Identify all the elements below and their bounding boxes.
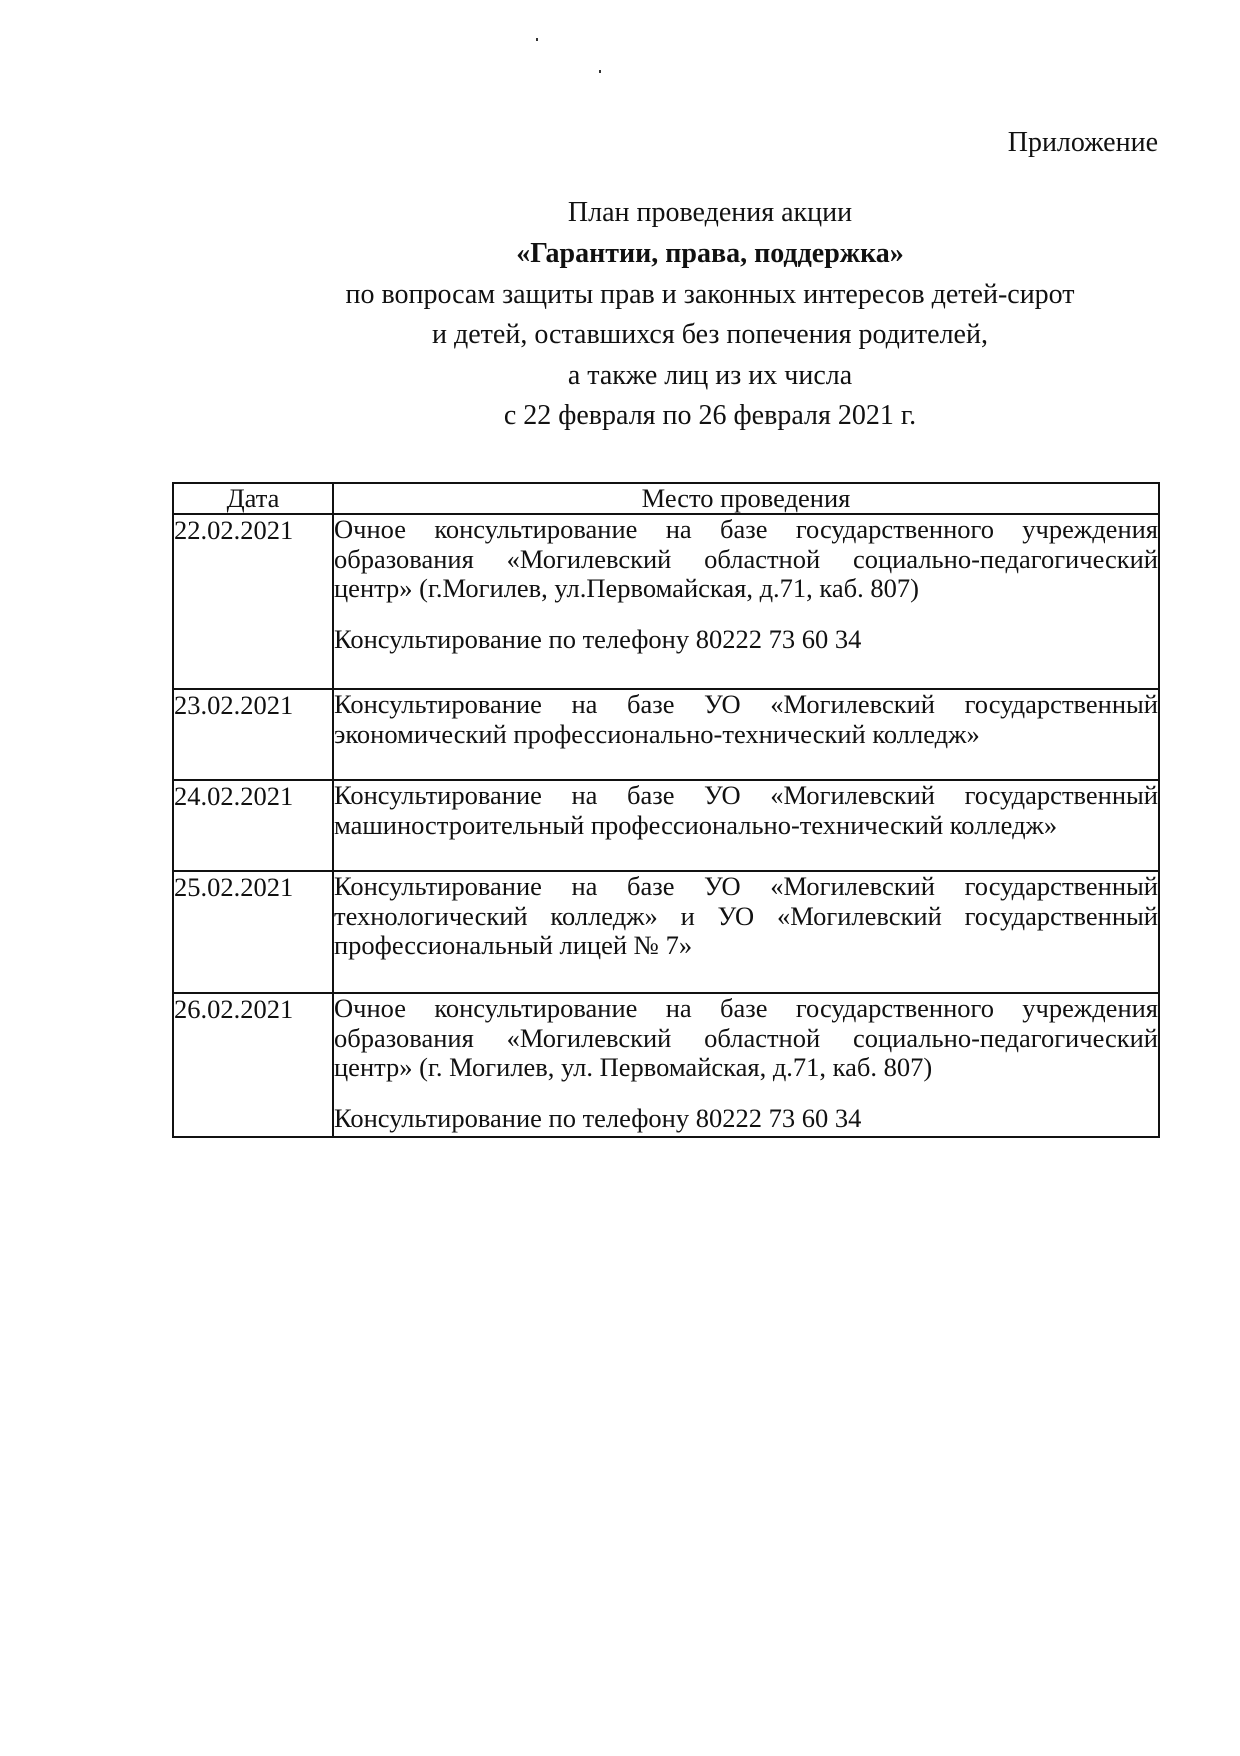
place-text: Консультирование на базе УО «Могилевский… — [334, 781, 1158, 840]
table-row: 22.02.2021 Очное консультирование на баз… — [173, 514, 1159, 689]
place-text: Очное консультирование на базе государст… — [334, 515, 1158, 604]
phone-consultation-text: Консультирование по телефону 80222 73 60… — [334, 1104, 1158, 1134]
document-title: План проведения акции «Гарантии, права, … — [280, 192, 1140, 437]
scan-speck — [599, 70, 601, 73]
title-line: а также лиц из их числа — [280, 356, 1140, 397]
place-cell: Очное консультирование на базе государст… — [333, 514, 1159, 689]
phone-consultation-text: Консультирование по телефону 80222 73 60… — [334, 625, 1158, 655]
schedule-table: Дата Место проведения 22.02.2021 Очное к… — [172, 482, 1160, 1138]
column-header-place: Место проведения — [333, 483, 1159, 514]
date-cell: 22.02.2021 — [173, 514, 333, 689]
place-text: Консультирование на базе УО «Могилевский… — [334, 872, 1158, 961]
place-text: Консультирование на базе УО «Могилевский… — [334, 690, 1158, 749]
table-row: 26.02.2021 Очное консультирование на баз… — [173, 993, 1159, 1137]
table-header-row: Дата Место проведения — [173, 483, 1159, 514]
table-row: 23.02.2021 Консультирование на базе УО «… — [173, 689, 1159, 780]
date-cell: 23.02.2021 — [173, 689, 333, 780]
scan-speck — [536, 38, 538, 41]
date-cell: 26.02.2021 — [173, 993, 333, 1137]
place-cell: Консультирование на базе УО «Могилевский… — [333, 689, 1159, 780]
table-row: 24.02.2021 Консультирование на базе УО «… — [173, 780, 1159, 871]
date-range: с 22 февраля по 26 февраля 2021 г. — [280, 396, 1140, 437]
date-cell: 24.02.2021 — [173, 780, 333, 871]
campaign-name: «Гарантии, права, поддержка» — [280, 234, 1140, 275]
place-text: Очное консультирование на базе государст… — [334, 994, 1158, 1083]
title-line: и детей, оставшихся без попечения родите… — [280, 315, 1140, 356]
date-cell: 25.02.2021 — [173, 871, 333, 993]
place-cell: Консультирование на базе УО «Могилевский… — [333, 780, 1159, 871]
title-line: План проведения акции — [280, 192, 1140, 234]
place-cell: Консультирование на базе УО «Могилевский… — [333, 871, 1159, 993]
appendix-label: Приложение — [1008, 126, 1158, 160]
title-line: по вопросам защиты прав и законных интер… — [280, 275, 1140, 316]
place-cell: Очное консультирование на базе государст… — [333, 993, 1159, 1137]
table-row: 25.02.2021 Консультирование на базе УО «… — [173, 871, 1159, 993]
column-header-date: Дата — [173, 483, 333, 514]
